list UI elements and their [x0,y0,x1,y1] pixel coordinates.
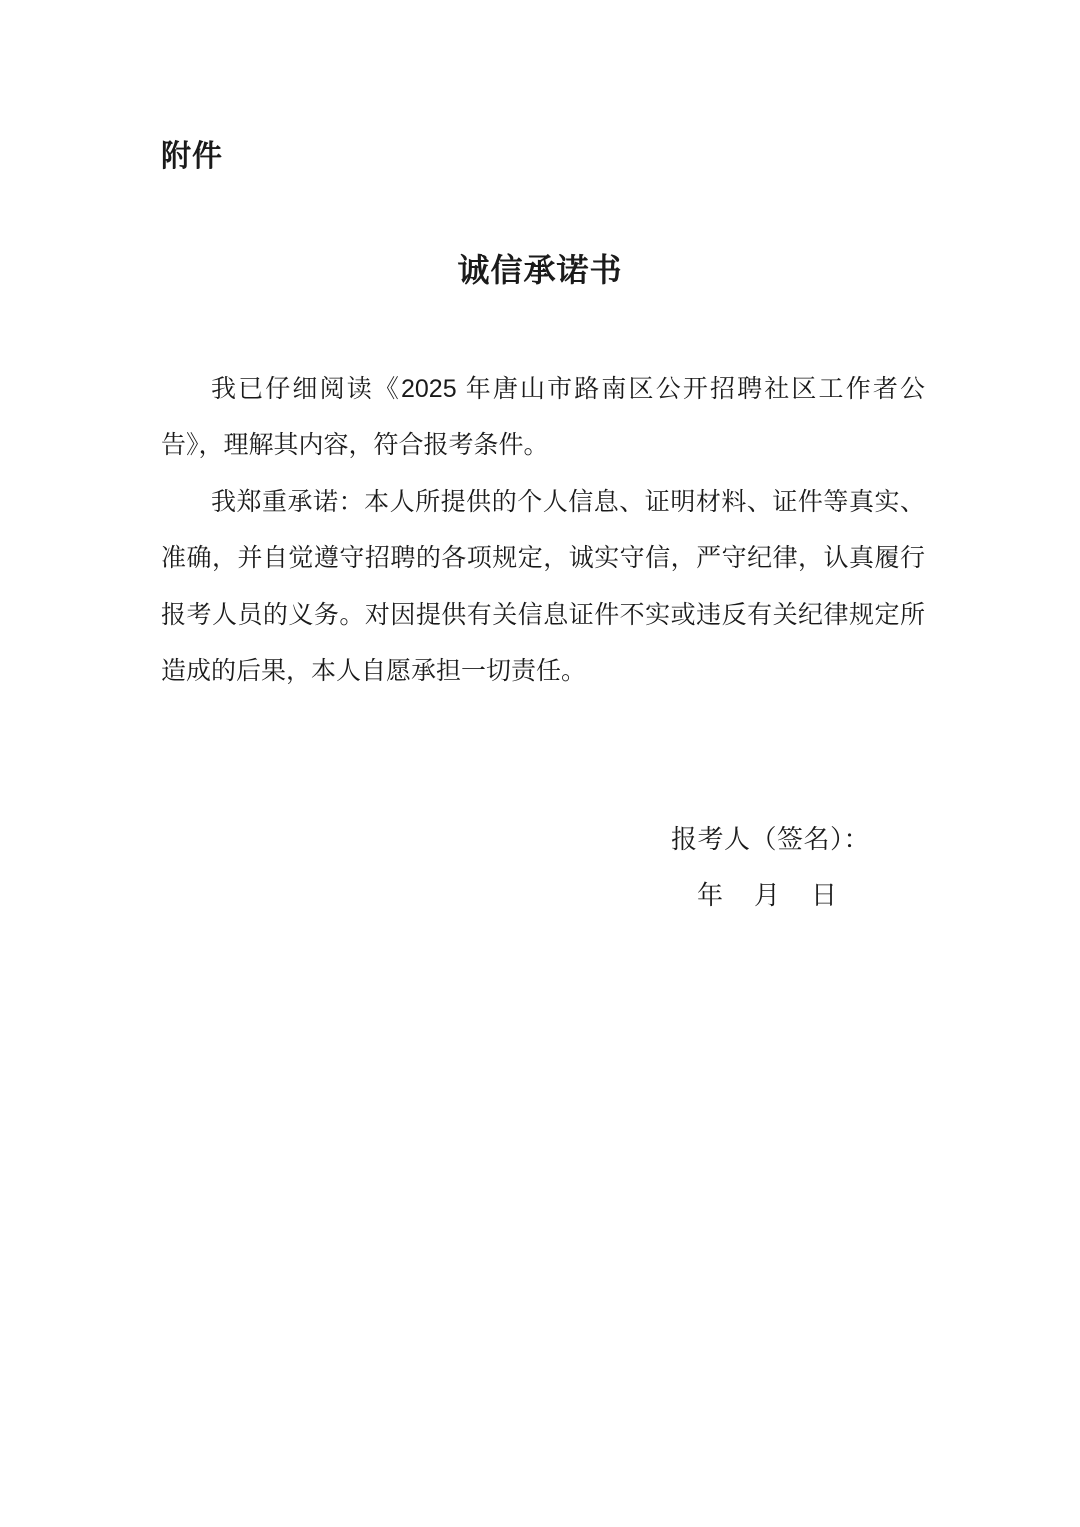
document-title: 诚信承诺书 [0,254,1080,288]
document-page: 附件 诚信承诺书 我已仔细阅读《2025 年唐山市路南区公开招聘社区工作者公 告… [0,0,1080,1527]
body-line-4: 准确，并自觉遵守招聘的各项规定，诚实守信，严守纪律，认真履行 [161,530,925,586]
document-body: 我已仔细阅读《2025 年唐山市路南区公开招聘社区工作者公 告》，理解其内容，符… [161,361,925,699]
date-month-label: 月 [754,881,780,910]
body-line-5: 报考人员的义务。对因提供有关信息证件不实或违反有关纪律规定所 [161,587,925,643]
body-line-3: 我郑重承诺：本人所提供的个人信息、证明材料、证件等真实、 [161,474,925,530]
body-line-2: 告》，理解其内容，符合报考条件。 [161,417,925,473]
date-day-label: 日 [811,881,837,910]
date-line: 年 月 日 [697,881,837,910]
body-line-1: 我已仔细阅读《2025 年唐山市路南区公开招聘社区工作者公 [161,361,925,417]
body-line-6: 造成的后果，本人自愿承担一切责任。 [161,643,925,699]
signature-label: 报考人（签名）： [671,825,870,854]
attachment-label: 附件 [161,140,223,175]
date-year-label: 年 [697,881,723,910]
